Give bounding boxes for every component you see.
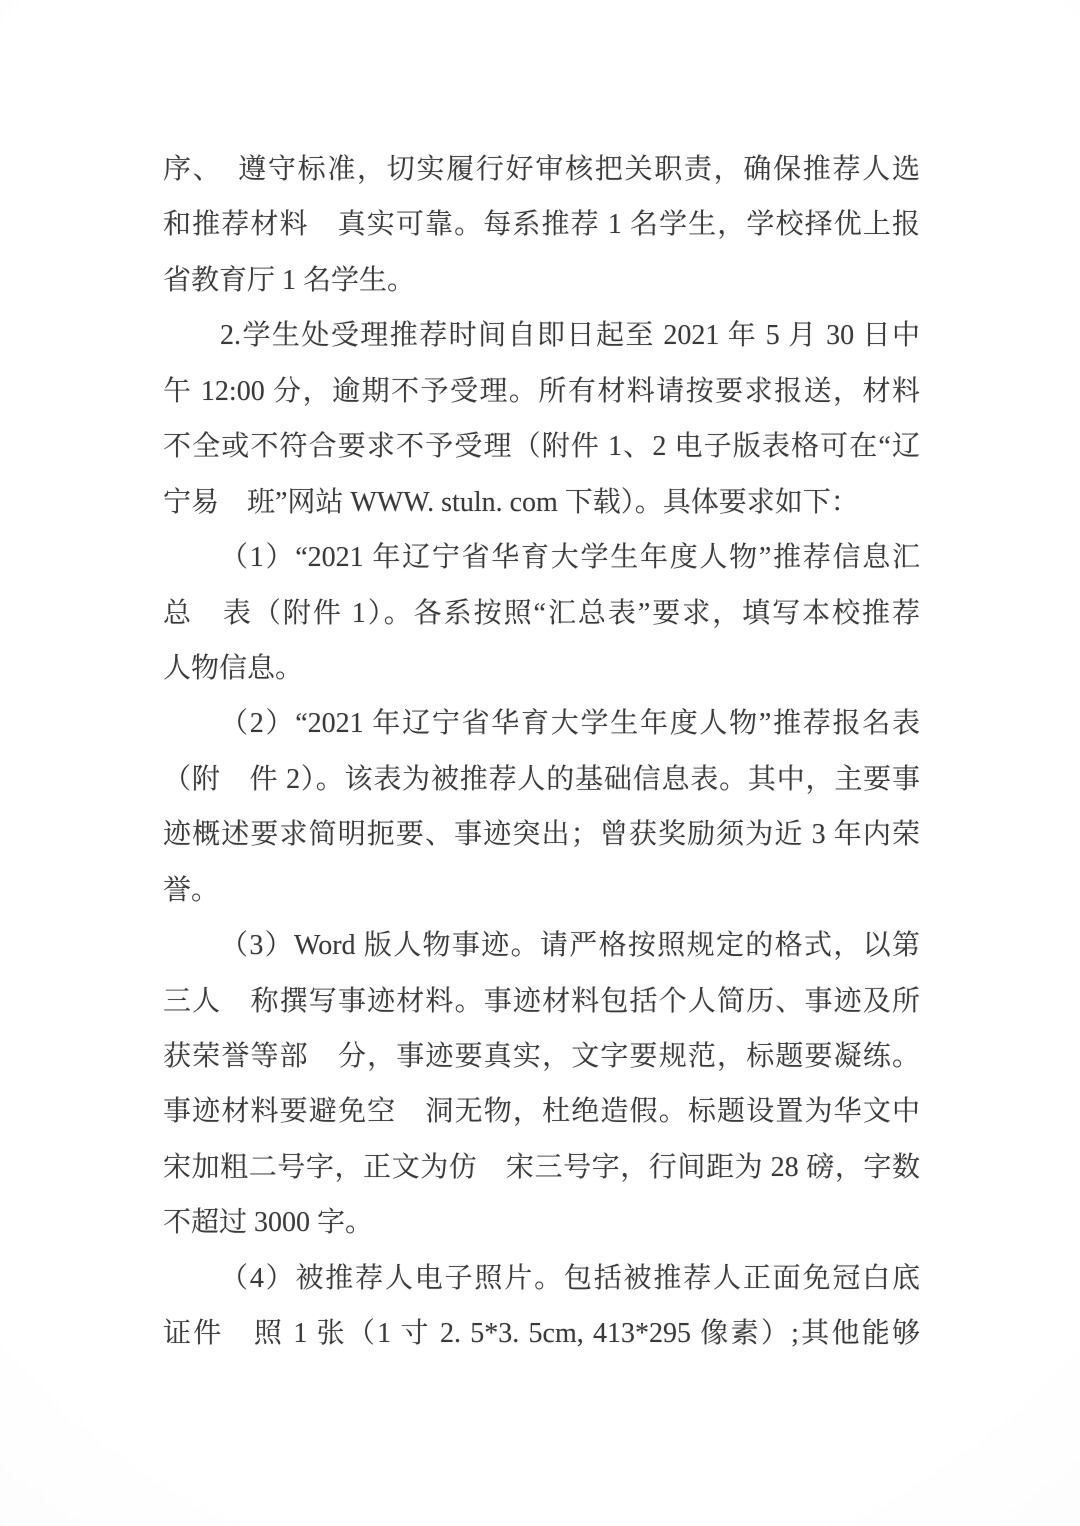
text-line: 午 12:00 分，逾期不予受理。所有材料请按要求报送，材料 <box>163 364 920 419</box>
text-line: （附 件 2）。该表为被推荐人的基础信息表。其中，主要事 <box>163 752 920 807</box>
text-line: 人物信息。 <box>163 641 920 696</box>
text-line: （3）Word 版人物事迹。请严格按照规定的格式，以第 <box>163 918 920 973</box>
text-line: 不超过 3000 字。 <box>163 1195 920 1250</box>
text-line: 证件 照 1 张（1 寸 2. 5*3. 5cm, 413*295 像素）;其他… <box>163 1306 920 1361</box>
text-line: 不全或不符合要求不予受理（附件 1、2 电子版表格可在“辽 <box>163 419 920 474</box>
document-page: 序、 遵守标准，切实履行好审核把关职责，确保推荐人选 和推荐材料 真实可靠。每系… <box>0 0 1080 1526</box>
text-line: 总 表（附件 1）。各系按照“汇总表”要求，填写本校推荐 <box>163 586 920 641</box>
text-line: 迹概述要求简明扼要、事迹突出；曾获奖励须为近 3 年内荣 <box>163 807 920 862</box>
text-line: 和推荐材料 真实可靠。每系推荐 1 名学生，学校择优上报 <box>163 197 920 252</box>
text-line: 誉。 <box>163 863 920 918</box>
text-line: （2）“2021 年辽宁省华育大学生年度人物”推荐报名表 <box>163 696 920 751</box>
text-line: （1）“2021 年辽宁省华育大学生年度人物”推荐信息汇 <box>163 530 920 585</box>
text-line: 三人 称撰写事迹材料。事迹材料包括个人简历、事迹及所 <box>163 974 920 1029</box>
text-line: 宋加粗二号字，正文为仿 宋三号字，行间距为 28 磅，字数 <box>163 1140 920 1195</box>
text-line: 获荣誉等部 分，事迹要真实，文字要规范，标题要凝练。 <box>163 1029 920 1084</box>
text-line: 省教育厅 1 名学生。 <box>163 253 920 308</box>
text-line: 序、 遵守标准，切实履行好审核把关职责，确保推荐人选 <box>163 142 920 197</box>
text-line: 事迹材料要避免空 洞无物，杜绝造假。标题设置为华文中 <box>163 1084 920 1139</box>
text-line: 宁易 班”网站 WWW. stuln. com 下载）。具体要求如下： <box>163 475 920 530</box>
text-line: （4）被推荐人电子照片。包括被推荐人正面免冠白底 <box>163 1251 920 1306</box>
text-line: 2.学生处受理推荐时间自即日起至 2021 年 5 月 30 日中 <box>163 308 920 363</box>
document-text-block: 序、 遵守标准，切实履行好审核把关职责，确保推荐人选 和推荐材料 真实可靠。每系… <box>163 142 920 1362</box>
